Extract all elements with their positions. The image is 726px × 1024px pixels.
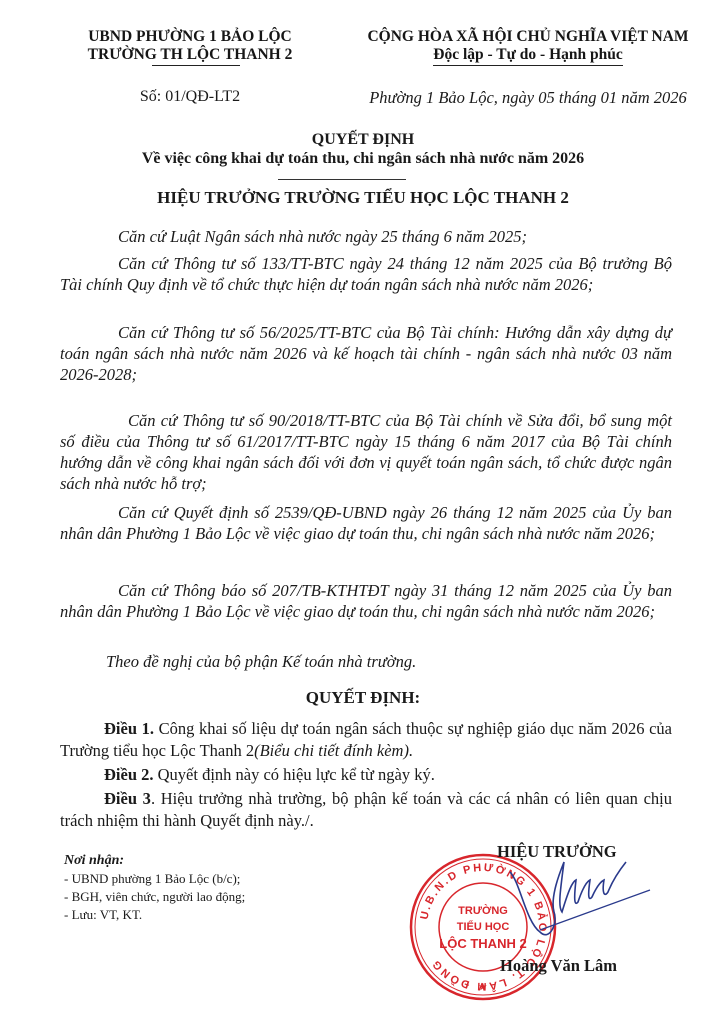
document-subject: Về việc công khai dự toán thu, chi ngân … (0, 150, 726, 168)
national-name: CỘNG HÒA XÃ HỘI CHỦ NGHĨA VIỆT NAM (330, 28, 726, 46)
authority-underline (152, 65, 241, 66)
title-divider (278, 179, 406, 180)
recipients-block: Nơi nhận: - UBND phường 1 Bảo Lộc (b/c);… (64, 852, 245, 924)
article-1-note: (Biểu chi tiết đính kèm). (254, 741, 413, 760)
authority-line-2-wrap: TRƯỜNG TH LỘC THANH 2 (88, 46, 293, 64)
recipient-item: - BGH, viên chức, người lao động; (64, 888, 245, 906)
article-1: Điều 1. Công khai số liệu dự toán ngân s… (60, 718, 672, 762)
legal-basis-1: Căn cứ Luật Ngân sách nhà nước ngày 25 t… (60, 226, 672, 247)
legal-basis-4: Căn cứ Thông tư số 90/2018/TT-BTC của Bộ… (60, 410, 672, 494)
article-2-label: Điều 2. (104, 765, 154, 784)
recipient-item: - UBND phường 1 Bảo Lộc (b/c); (64, 870, 245, 888)
authority-line-2: TRƯỜNG TH LỘC THANH 2 (88, 46, 293, 63)
national-motto: Độc lập - Tự do - Hạnh phúc (433, 46, 622, 66)
recipients-heading: Nơi nhận: (64, 852, 245, 870)
article-3-text: . Hiệu trưởng nhà trường, bộ phận kế toá… (60, 789, 672, 830)
document-number: Số: 01/QĐ-LT2 (40, 88, 340, 106)
legal-basis-2: Căn cứ Thông tư số 133/TT-BTC ngày 24 th… (60, 253, 672, 295)
svg-text:★: ★ (479, 982, 488, 993)
national-header: CỘNG HÒA XÃ HỘI CHỦ NGHĨA VIỆT NAM Độc l… (330, 28, 726, 66)
article-3-label: Điều 3 (104, 789, 151, 808)
issuing-authority: UBND PHƯỜNG 1 BẢO LỘC TRƯỜNG TH LỘC THAN… (40, 28, 340, 64)
decision-authority: HIỆU TRƯỞNG TRƯỜNG TIỂU HỌC LỘC THANH 2 (0, 188, 726, 208)
place-date: Phường 1 Bảo Lộc, ngày 05 tháng 01 năm 2… (330, 88, 726, 108)
legal-basis-proposal: Theo đề nghị của bộ phận Kế toán nhà trư… (60, 651, 672, 672)
legal-basis-3: Căn cứ Thông tư số 56/2025/TT-BTC của Bộ… (60, 322, 672, 385)
article-3: Điều 3. Hiệu trưởng nhà trường, bộ phận … (60, 788, 672, 832)
signatory-name: Hoàng Văn Lâm (500, 956, 617, 976)
article-1-label: Điều 1. (104, 719, 154, 738)
decision-heading: QUYẾT ĐỊNH: (0, 688, 726, 708)
legal-basis-5: Căn cứ Quyết định số 2539/QĐ-UBND ngày 2… (60, 502, 672, 544)
article-2-text: Quyết định này có hiệu lực kể từ ngày ký… (154, 765, 435, 784)
article-2: Điều 2. Quyết định này có hiệu lực kể từ… (60, 764, 672, 786)
document-type-heading: QUYẾT ĐỊNH (0, 130, 726, 150)
authority-line-1: UBND PHƯỜNG 1 BẢO LỘC (40, 28, 340, 46)
handwritten-signature-icon (500, 852, 660, 962)
recipient-item: - Lưu: VT, KT. (64, 906, 245, 924)
legal-basis-6: Căn cứ Thông báo số 207/TB-KTHTĐT ngày 3… (60, 580, 672, 622)
